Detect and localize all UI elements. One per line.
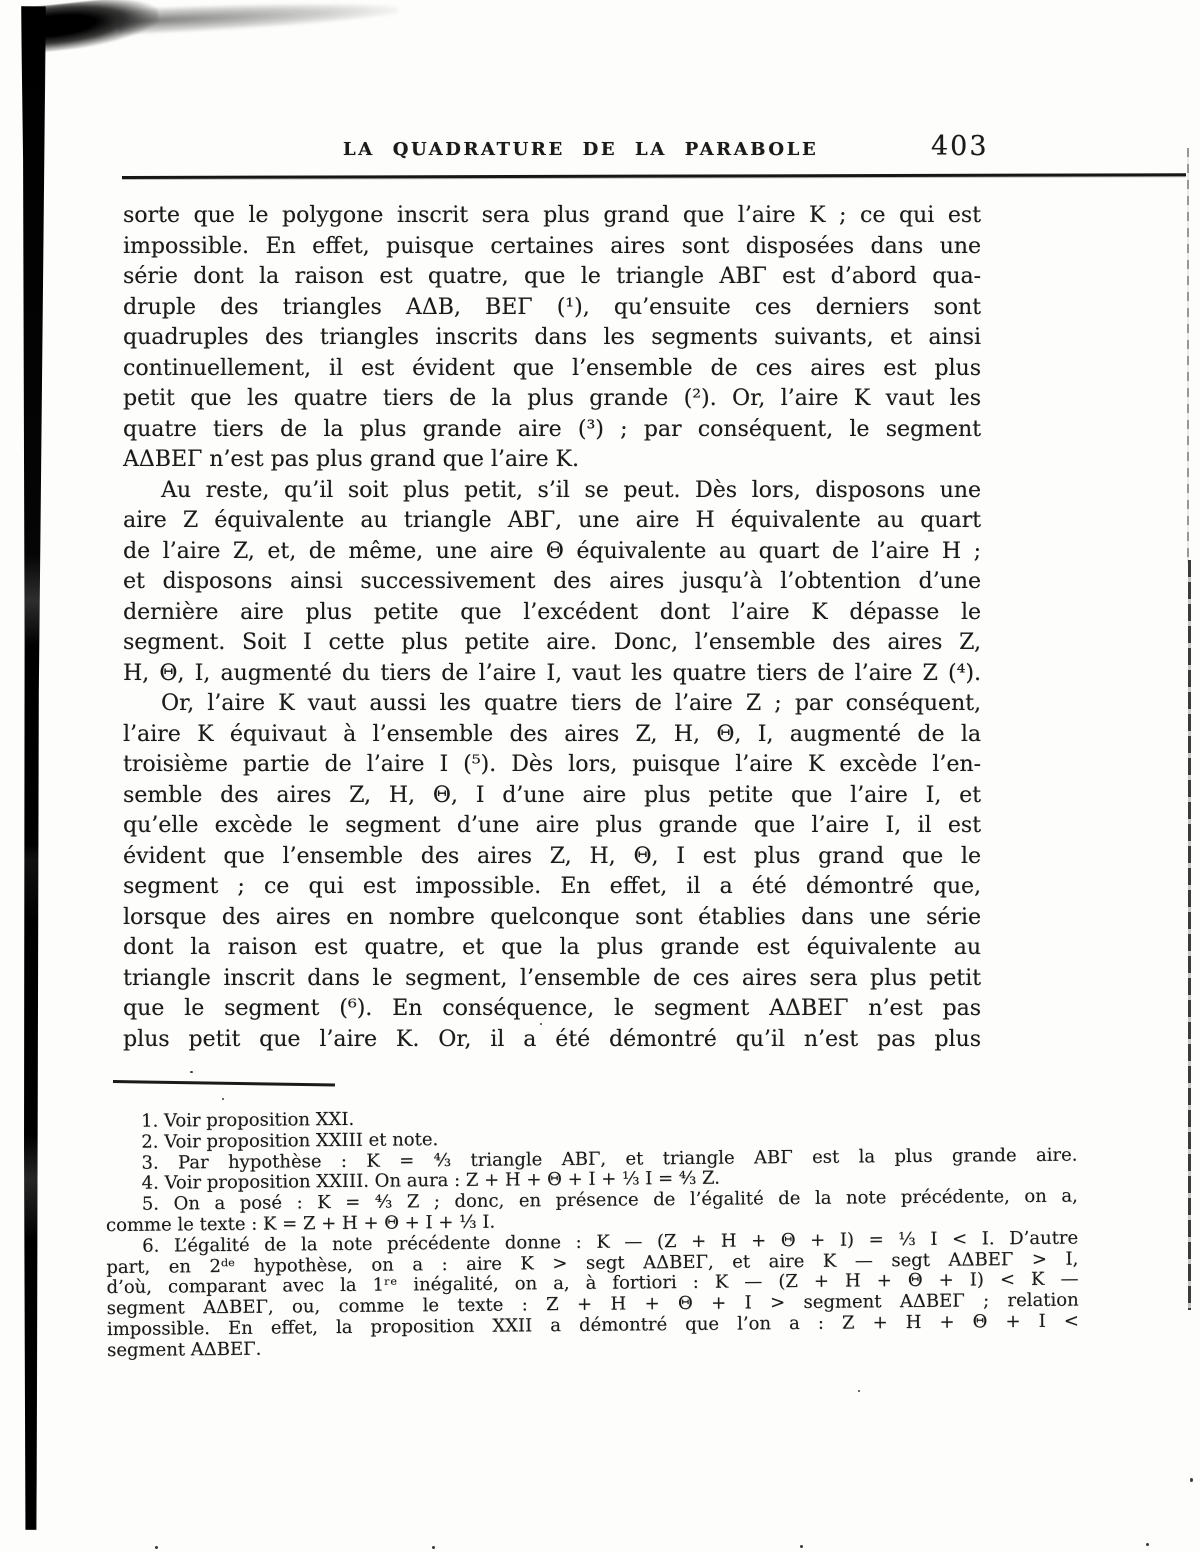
header-rule	[122, 173, 1186, 179]
body-text-line: continuellement, il est évident que l’en…	[123, 354, 981, 385]
body-text-line: de l’aire Z, et, de même, une aire Θ équ…	[123, 537, 981, 568]
body-text-line: semble des aires Z, H, Θ, I d’une aire p…	[123, 781, 981, 812]
scan-speck	[1146, 1543, 1149, 1546]
body-text-line: impossible. En effet, puisque certaines …	[123, 232, 981, 263]
scan-speck	[432, 1546, 435, 1549]
scan-speck	[800, 1545, 803, 1548]
page-number: 403	[931, 131, 989, 162]
scan-speck	[155, 1546, 158, 1549]
body-text-line: Or, l’aire K vaut aussi les quatre tiers…	[123, 689, 981, 720]
body-text-line: aire Z équivalente au triangle ABΓ, une …	[123, 506, 981, 537]
scan-page-edge-line	[1188, 560, 1191, 1310]
body-text-line: sorte que le polygone inscrit sera plus …	[123, 201, 981, 232]
body-text-line: segment. Soit I cette plus petite aire. …	[123, 628, 981, 659]
scan-corner-smudge-trail	[118, 0, 399, 35]
body-text-line: évident que l’ensemble des aires Z, H, Θ…	[123, 842, 981, 873]
body-text-line: dont la raison est quatre, et que la plu…	[123, 933, 981, 964]
body-text-line: triangle inscrit dans le segment, l’ense…	[123, 964, 981, 995]
body-text-line: troisième partie de l’aire I (⁵). Dès lo…	[123, 750, 981, 781]
body-text-line: qu’elle excède le segment d’une aire plu…	[123, 811, 981, 842]
scan-speck	[1190, 1478, 1193, 1482]
body-text-line: segment ; ce qui est impossible. En effe…	[123, 872, 981, 903]
body-text-line: lorsque des aires en nombre quelconque s…	[123, 903, 981, 934]
body-text-line: Au reste, qu’il soit plus petit, s’il se…	[123, 476, 981, 507]
footnotes-block: 1. Voir proposition XXI. 2. Voir proposi…	[105, 1104, 1079, 1362]
scan-speck	[222, 1098, 224, 1100]
body-text-line: quadruples des triangles inscrits dans l…	[123, 323, 981, 354]
footnote-separator-rule	[113, 1080, 335, 1086]
body-text-line: l’aire K équivaut à l’ensemble des aires…	[123, 720, 981, 751]
body-text-line: que le segment (⁶). En conséquence, le s…	[123, 994, 981, 1025]
body-text-line: AΔBEΓ n’est pas plus grand que l’aire K.	[123, 445, 981, 476]
body-text-line: H, Θ, I, augmenté du tiers de l’aire I, …	[123, 659, 981, 690]
scan-page-edge-line	[1187, 148, 1189, 563]
body-text-line: plus petit que l’aire K. Or, il a été dé…	[123, 1025, 981, 1056]
body-text-line: petit que les quatre tiers de la plus gr…	[123, 384, 981, 415]
body-text-line: et disposons ainsi successivement des ai…	[123, 567, 981, 598]
body-text-line: série dont la raison est quatre, que le …	[123, 262, 981, 293]
body-text-line: quatre tiers de la plus grande aire (³) …	[123, 415, 981, 446]
body-text-line: dernière aire plus petite que l’excédent…	[123, 598, 981, 629]
scan-speck	[190, 1071, 193, 1073]
scanned-book-page: LA QUADRATURE DE LA PARABOLE 403 sorte q…	[0, 0, 1200, 1553]
body-text-line: druple des triangles AΔB, BEΓ (¹), qu’en…	[123, 293, 981, 324]
scan-binding-edge	[12, 6, 46, 1530]
scan-speck	[858, 1390, 860, 1392]
running-header-title: LA QUADRATURE DE LA PARABOLE	[343, 139, 818, 160]
main-text-block: sorte que le polygone inscrit sera plus …	[123, 201, 981, 1055]
